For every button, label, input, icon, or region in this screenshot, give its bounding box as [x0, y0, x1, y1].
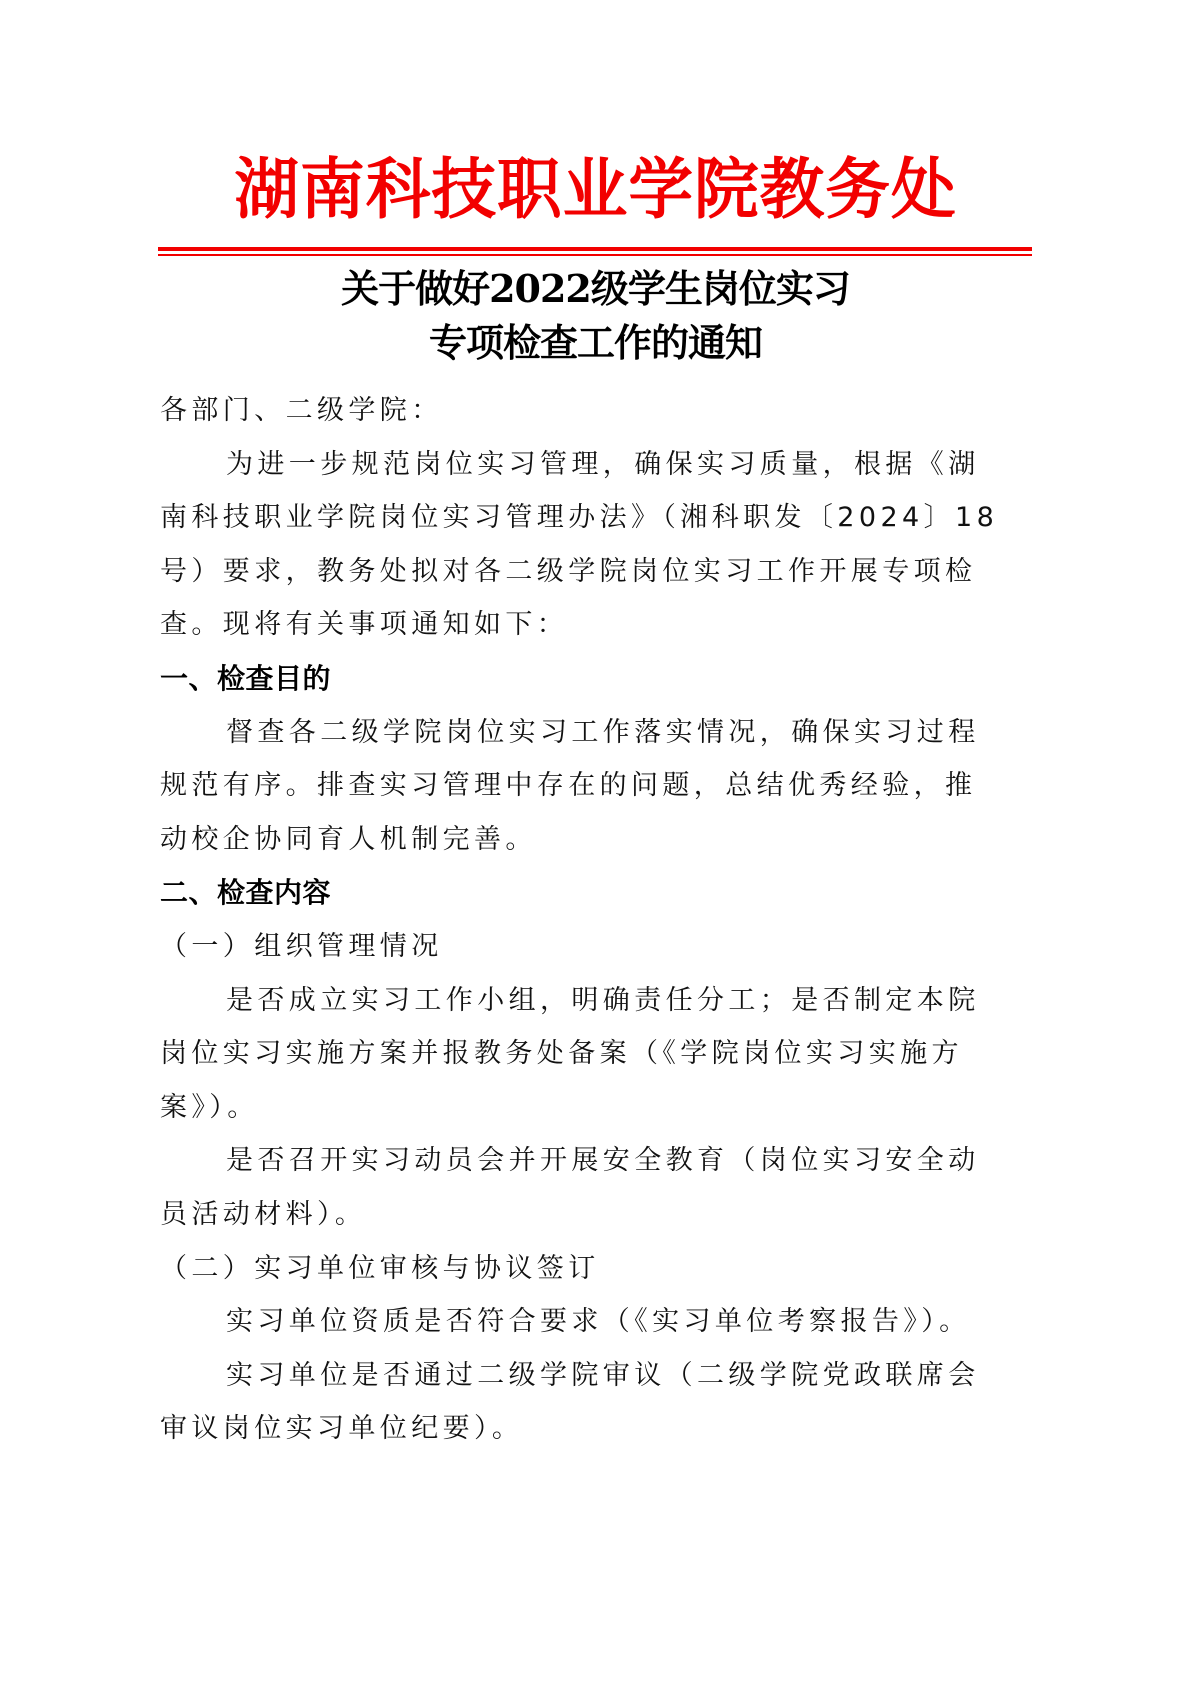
sub2-para2-line: 实习单位是否通过二级学院审议（二级学院党政联席会	[160, 1349, 1020, 1403]
notice-title-line-1: 关于做好2022级学生岗位实习	[0, 262, 1191, 316]
masthead-rule-thin	[158, 254, 1032, 256]
sub2-para1-line: 实习单位资质是否符合要求（《实习单位考察报告》）。	[160, 1295, 1020, 1349]
sub1-para2-line: 是否召开实习动员会并开展安全教育（岗位实习安全动	[160, 1134, 1020, 1188]
section1-line: 规范有序。排查实习管理中存在的问题，总结优秀经验，推	[160, 759, 1020, 813]
intro-line: 南科技职业学院岗位实习管理办法》（湘科职发〔2024〕18	[160, 491, 1020, 545]
sub1-para1-line: 案》）。	[160, 1081, 1020, 1135]
masthead-title: 湖南科技职业学院教务处	[12, 148, 1179, 230]
intro-line: 号）要求，教务处拟对各二级学院岗位实习工作开展专项检	[160, 545, 1020, 599]
subsection-heading-unit-review: （二）实习单位审核与协议签订	[160, 1242, 1020, 1296]
notice-title-line-2: 专项检查工作的通知	[0, 316, 1191, 370]
intro-line: 为进一步规范岗位实习管理，确保实习质量，根据《湖	[160, 438, 1020, 492]
sub1-para2-line: 员活动材料）。	[160, 1188, 1020, 1242]
section-heading-content: 二、检查内容	[160, 866, 1020, 920]
section1-line: 督查各二级学院岗位实习工作落实情况，确保实习过程	[160, 706, 1020, 760]
document-page: 湖南科技职业学院教务处 关于做好2022级学生岗位实习 专项检查工作的通知 各部…	[0, 0, 1191, 1684]
notice-body: 各部门、二级学院： 为进一步规范岗位实习管理，确保实习质量，根据《湖 南科技职业…	[160, 384, 1020, 1456]
sub1-para1-line: 是否成立实习工作小组，明确责任分工；是否制定本院	[160, 974, 1020, 1028]
subsection-heading-organization: （一）组织管理情况	[160, 920, 1020, 974]
salutation: 各部门、二级学院：	[160, 384, 1020, 438]
sub2-para2-line: 审议岗位实习单位纪要）。	[160, 1402, 1020, 1456]
intro-line: 查。现将有关事项通知如下：	[160, 598, 1020, 652]
notice-title: 关于做好2022级学生岗位实习 专项检查工作的通知	[0, 262, 1191, 370]
sub1-para1-line: 岗位实习实施方案并报教务处备案（《学院岗位实习实施方	[160, 1027, 1020, 1081]
section-heading-purpose: 一、检查目的	[160, 652, 1020, 706]
masthead-rule-thick	[158, 247, 1032, 251]
section1-line: 动校企协同育人机制完善。	[160, 813, 1020, 867]
